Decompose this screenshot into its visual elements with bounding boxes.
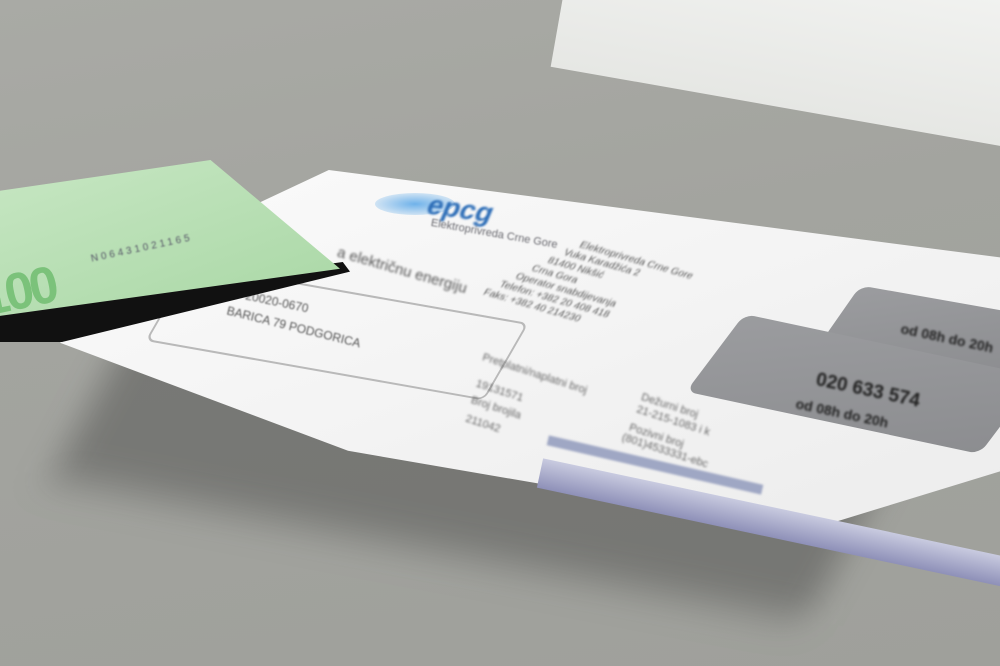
background-wall (551, 0, 1000, 171)
